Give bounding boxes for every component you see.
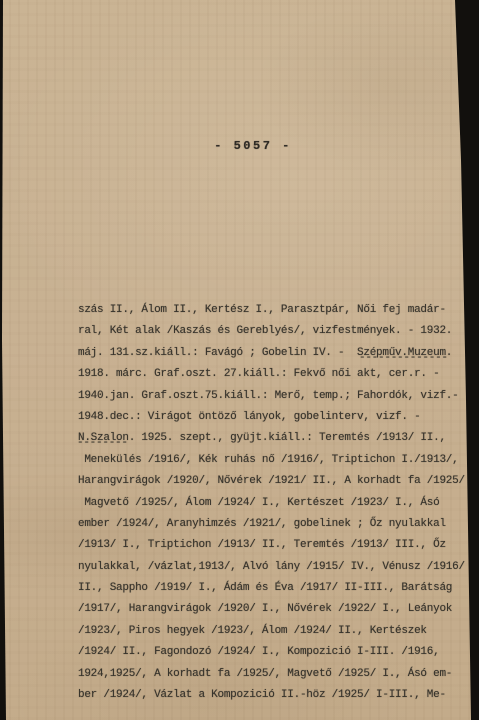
dashed-underline-szalon: -------- bbox=[77, 437, 128, 449]
typewritten-line: 1940.jan. Graf.oszt.75.kiáll.: Merő, tem… bbox=[78, 386, 470, 407]
typewritten-line: nyulakkal, /vázlat,1913/, Alvó lány /191… bbox=[78, 557, 470, 578]
typewritten-line: II., Sappho /1919/ I., Ádám és Éva /1917… bbox=[78, 578, 470, 599]
typewritten-line: Harangvirágok /1920/, Nővérek /1921/ II.… bbox=[78, 471, 470, 492]
scanned-document-page: - 5057 - szás II., Álom II., Kertész I.,… bbox=[0, 0, 479, 720]
typewritten-line: 1948.dec.: Virágot öntöző lányok, gobeli… bbox=[78, 407, 470, 428]
typewritten-line: N.Szalon. 1925. szept., gyüjt.kiáll.: Te… bbox=[78, 428, 470, 449]
typewritten-line: /1924/ II., Fagondozó /1924/ I., Kompozi… bbox=[78, 642, 470, 663]
typewritten-line: 1918. márc. Graf.oszt. 27.kiáll.: Fekvő … bbox=[78, 364, 470, 385]
typewritten-line: /1917/, Harangvirágok /1920/ I., Nővérek… bbox=[78, 599, 470, 620]
typewritten-line: Menekülés /1916/, Kék ruhás nő /1916/, T… bbox=[78, 450, 470, 471]
page-number: - 5057 - bbox=[0, 139, 479, 153]
typewritten-line: Magvető /1925/, Álom /1924/ I., Kertésze… bbox=[78, 493, 470, 514]
typewritten-line: ember /1924/, Aranyhimzés /1921/, gobeli… bbox=[78, 514, 470, 535]
typewritten-line: ral, Két alak /Kaszás és Gereblyés/, viz… bbox=[78, 321, 470, 342]
typewritten-line: ber /1924/, Vázlat a Kompozició II.-höz … bbox=[78, 685, 470, 706]
typewritten-line: 1924,1925/, A korhadt fa /1925/, Magvető… bbox=[78, 664, 470, 685]
typewritten-line: /1923/, Piros hegyek /1923/, Álom /1924/… bbox=[78, 621, 470, 642]
dashed-underline-museum: -------------- bbox=[359, 352, 448, 364]
typewritten-line: szás II., Álom II., Kertész I., Parasztp… bbox=[78, 300, 470, 321]
typewritten-line: /1913/ I., Triptichon /1913/ II., Teremt… bbox=[78, 535, 470, 556]
